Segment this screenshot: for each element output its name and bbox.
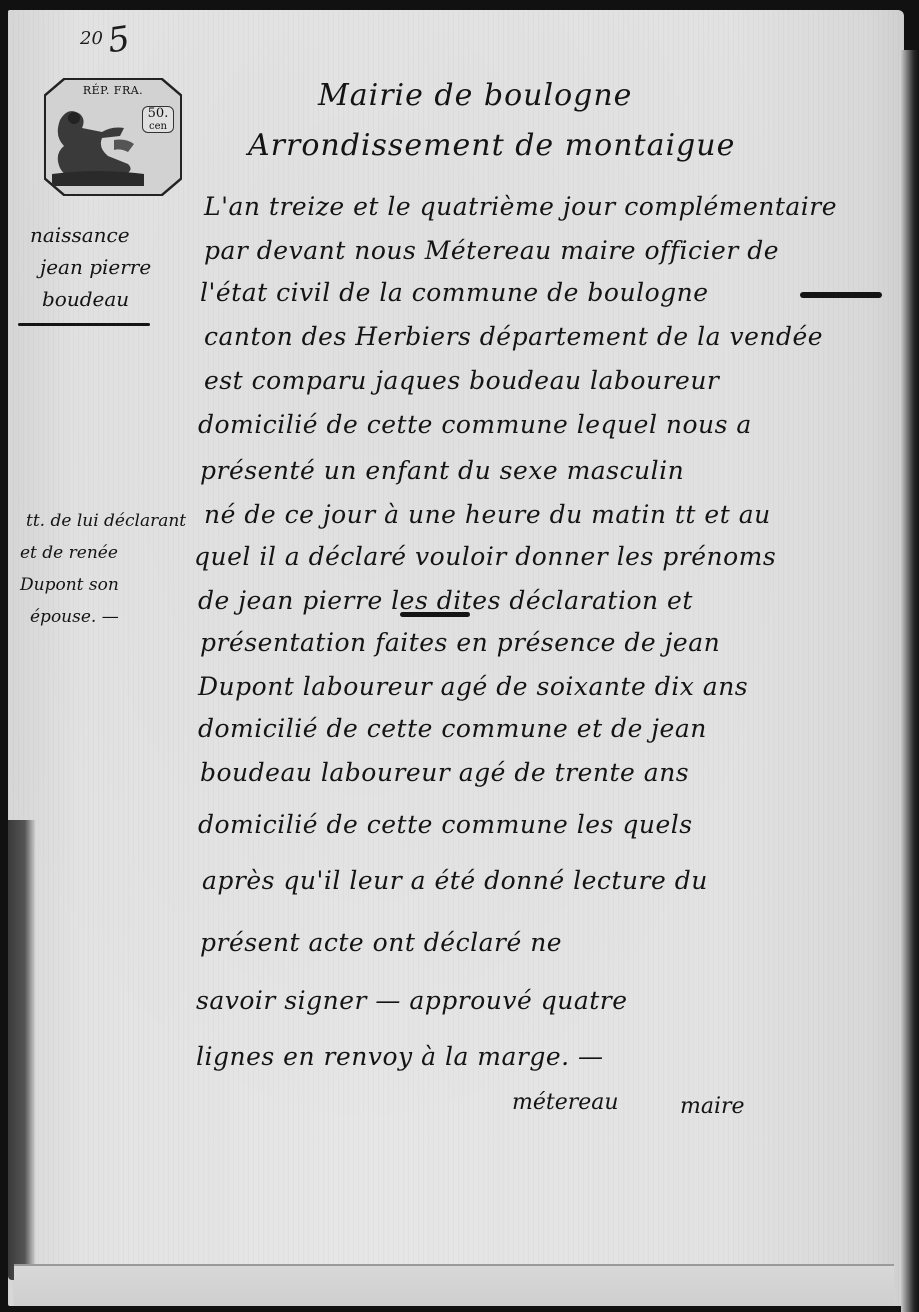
- body-line: Dupont laboureur agé de soixante dix ans: [198, 672, 748, 701]
- body-line: savoir signer — approuvé quatre: [196, 986, 628, 1015]
- signature-title: maire: [680, 1094, 745, 1119]
- margin-insertion-line: tt. de lui déclarant: [26, 508, 186, 534]
- heading-arrondissement: Arrondissement de montaigue: [248, 128, 735, 163]
- margin-title-line: jean pierre: [40, 254, 151, 280]
- body-line: par devant nous Métereau maire officier …: [204, 236, 779, 265]
- margin-insertion-line: Dupont son: [20, 572, 119, 598]
- document-scan: 20 5 RÉP. FRA. 50. cen naissance jean pi…: [0, 0, 919, 1312]
- stamp-value: 50. cen: [142, 106, 174, 133]
- body-line: lignes en renvoy à la marge. —: [196, 1042, 604, 1071]
- stamp-header: RÉP. FRA.: [46, 84, 180, 97]
- body-line: canton des Herbiers département de la ve…: [204, 322, 823, 351]
- body-line: boudeau laboureur agé de trente ans: [200, 758, 689, 787]
- body-line: présentation faites en présence de jean: [200, 628, 720, 657]
- margin-title-line: naissance: [30, 222, 130, 248]
- margin-insertion-line: épouse. —: [30, 604, 119, 630]
- stamp-value-number: 50.: [143, 107, 173, 121]
- body-line: présenté un enfant du sexe masculin: [200, 456, 684, 485]
- reclining-figure-icon: [52, 100, 144, 186]
- margin-title-line: boudeau: [42, 286, 129, 312]
- body-line: domicilié de cette commune les quels: [198, 810, 693, 839]
- bottom-fold: [14, 1264, 894, 1306]
- margin-insertion-line: et de renée: [20, 540, 118, 566]
- binding-shadow: [8, 820, 36, 1280]
- body-line: l'état civil de la commune de boulogne: [200, 278, 709, 307]
- page-edge: [901, 50, 919, 1312]
- body-line: quel il a déclaré vouloir donner les pré…: [194, 542, 776, 571]
- folio-number: 20: [80, 28, 103, 49]
- body-line: est comparu jaques boudeau laboureur: [204, 366, 719, 395]
- line-fill-stroke: [800, 292, 882, 298]
- name-underline: [400, 612, 470, 617]
- stamp-value-unit: cen: [143, 121, 173, 132]
- body-line: domicilié de cette commune lequel nous a: [198, 410, 752, 439]
- body-line: après qu'il leur a été donné lecture du: [202, 866, 708, 895]
- heading-mairie: Mairie de boulogne: [318, 78, 632, 113]
- body-line: présent acte ont déclaré ne: [200, 928, 562, 957]
- margin-title-underline: [18, 323, 150, 326]
- body-line: domicilié de cette commune et de jean: [198, 714, 707, 743]
- signature-name: métereau: [512, 1090, 619, 1115]
- body-line: né de ce jour à une heure du matin tt et…: [204, 500, 771, 529]
- revenue-stamp: RÉP. FRA. 50. cen: [46, 80, 180, 194]
- body-line: de jean pierre les dites déclaration et: [198, 586, 693, 615]
- body-line: L'an treize et le quatrième jour complém…: [204, 192, 837, 221]
